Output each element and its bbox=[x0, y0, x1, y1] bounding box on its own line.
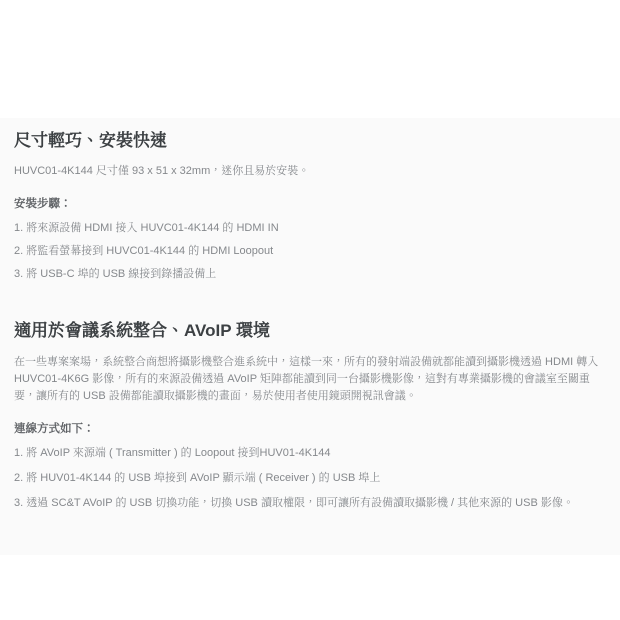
section-size-install: 尺寸輕巧、安裝快速 HUVC01-4K144 尺寸僅 93 x 51 x 32m… bbox=[14, 131, 606, 281]
size-intro-text: HUVC01-4K144 尺寸僅 93 x 51 x 32mm，迷你且易於安裝。 bbox=[14, 163, 606, 180]
section-heading-size: 尺寸輕巧、安裝快速 bbox=[14, 131, 606, 151]
connection-steps-list: 1. 將 AVoIP 來源端 ( Transmitter ) 的 Loopout… bbox=[14, 446, 606, 510]
section-avoip: 適用於會議系統整合、AVoIP 環境 在一些專案案場，系統整合商想將攝影機整合進… bbox=[14, 321, 606, 509]
content-band: 尺寸輕巧、安裝快速 HUVC01-4K144 尺寸僅 93 x 51 x 32m… bbox=[0, 118, 620, 555]
avoip-intro-text: 在一些專案案場，系統整合商想將攝影機整合進系統中，這樣一來，所有的發射端設備就都… bbox=[14, 354, 606, 405]
install-steps-label: 安裝步驟： bbox=[14, 195, 606, 211]
connection-step-item: 3. 透過 SC&T AVoIP 的 USB 切換功能，切換 USB 讀取權限，… bbox=[14, 496, 606, 510]
install-steps-list: 1. 將來源設備 HDMI 接入 HUVC01-4K144 的 HDMI IN … bbox=[14, 221, 606, 281]
connection-step-item: 1. 將 AVoIP 來源端 ( Transmitter ) 的 Loopout… bbox=[14, 446, 606, 460]
install-step-item: 2. 將監看螢幕接到 HUVC01-4K144 的 HDMI Loopout bbox=[14, 244, 606, 258]
install-step-item: 1. 將來源設備 HDMI 接入 HUVC01-4K144 的 HDMI IN bbox=[14, 221, 606, 235]
connection-step-item: 2. 將 HUV01-4K144 的 USB 埠接到 AVoIP 顯示端 ( R… bbox=[14, 471, 606, 485]
product-page: { "section_size": { "heading": "尺寸輕巧、安裝快… bbox=[0, 0, 620, 620]
section-heading-avoip: 適用於會議系統整合、AVoIP 環境 bbox=[14, 321, 606, 341]
connection-steps-label: 連線方式如下： bbox=[14, 420, 606, 436]
install-step-item: 3. 將 USB-C 埠的 USB 線接到錄播設備上 bbox=[14, 267, 606, 281]
